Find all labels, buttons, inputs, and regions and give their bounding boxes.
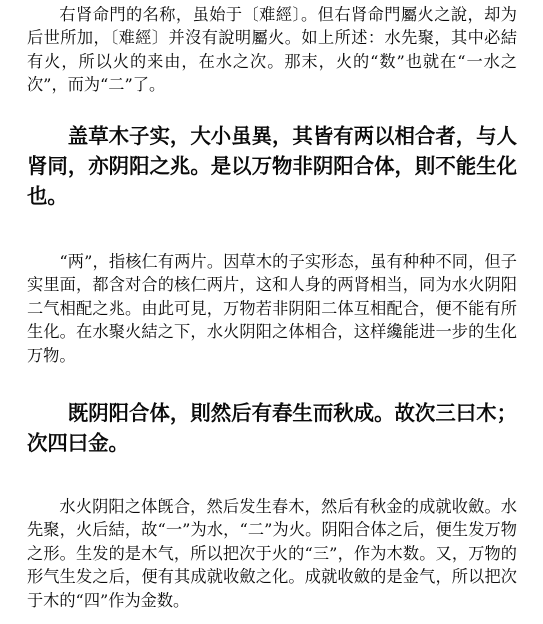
commentary-paragraph: “两”，指核仁有两片。因草木的子实形态，虽有种种不同，但子实里面，都含对合的核仁… [27, 250, 517, 367]
commentary-paragraph: 水火阴阳之体旣合，然后发生春木，然后有秋金的成就收斂。水先聚，火后結，故“一”为… [27, 495, 517, 612]
original-text-paragraph: 盖草木子实，大小虽異，其皆有两以相合者，与人肾同，亦阴阳之兆。是以万物非阴阳合体… [27, 121, 517, 211]
commentary-paragraph: 右肾命門的名称，虽始于〔难經〕。但右肾命門屬火之說，却为后世所加，〔难經〕并沒有… [27, 3, 517, 97]
original-text-paragraph: 既阴阳合体，則然后有春生而秋成。故次三曰木；次四曰金。 [27, 398, 517, 458]
